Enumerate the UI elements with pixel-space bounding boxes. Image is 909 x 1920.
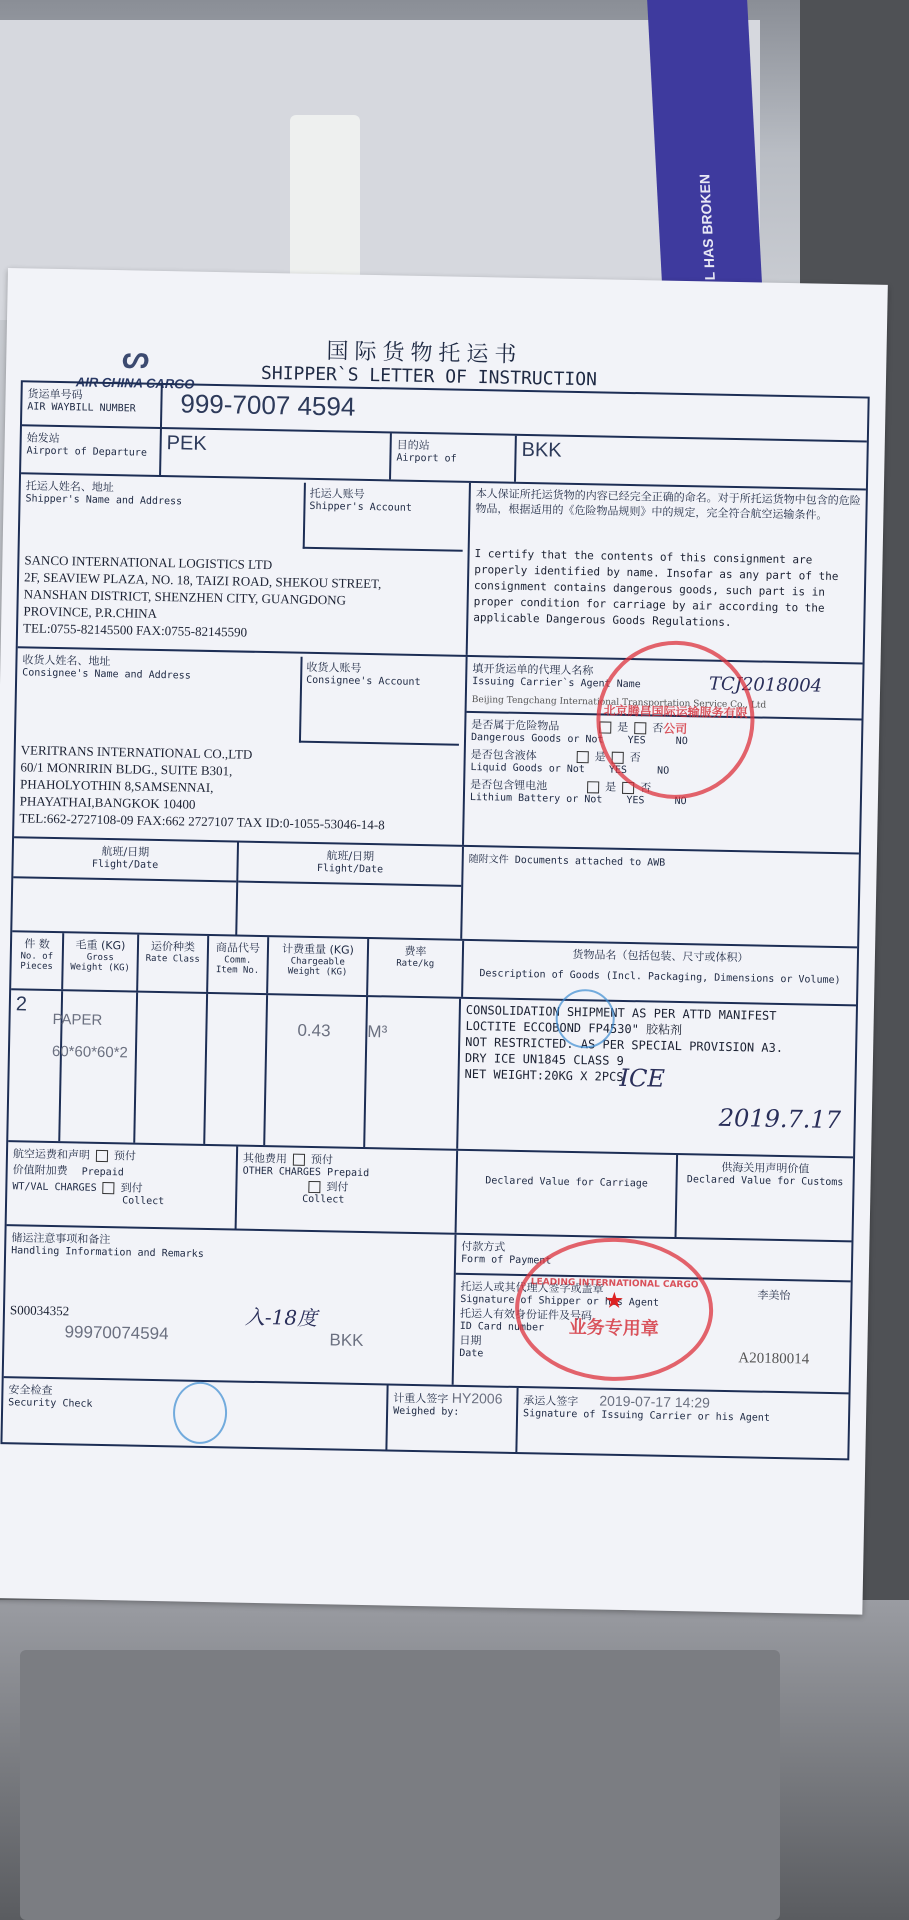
- cargo-header-cn: 毛重 (KG): [69, 936, 132, 953]
- handwritten-date: 2019.7.17: [719, 1104, 842, 1134]
- cargo-header-3: 商品代号Comm. Item No.: [208, 936, 269, 993]
- dimensions: 60*60*60*2: [52, 1043, 128, 1061]
- signer-name: 李美怡: [757, 1287, 790, 1304]
- form-grid: 货运单号码 AIR WAYBILL NUMBER 999-7007 4594 始…: [0, 380, 869, 1460]
- cargo-header-1: 毛重 (KG)Gross Weight (KG): [63, 933, 139, 990]
- certification-block: 本人保证所托运货物的内容已经完全正确的命名。对于所托运货物中包含的危险物品，根据…: [468, 483, 866, 663]
- id-card-value: A20180014: [738, 1350, 809, 1368]
- cargo-header-2: 运价种类Rate Class: [138, 935, 209, 992]
- cargo-header-cn: 商品代号: [214, 939, 262, 956]
- destination-code: BKK: [329, 1330, 363, 1351]
- cargo-header-cn: 运价种类: [144, 938, 202, 955]
- cargo-header-en: Comm. Item No.: [213, 955, 261, 976]
- wt-prepaid-checkbox[interactable]: [96, 1150, 108, 1162]
- destination-airport: BKK: [516, 436, 867, 489]
- other-collect-checkbox[interactable]: [308, 1181, 320, 1193]
- consignee-address: VERITRANS INTERNATIONAL CO.,LTD60/1 MONR…: [19, 741, 459, 834]
- phoenix-icon: ᔕ: [76, 339, 195, 376]
- reference-number: S00034352: [10, 1301, 70, 1319]
- carrier-signature: 承运人签字 2019-07-17 14:29 Signature of Issu…: [517, 1388, 848, 1458]
- declared-customs: 供海关用声明价值 Declared Value for Customs: [677, 1155, 854, 1240]
- shipper-address: SANCO INTERNATIONAL LOGISTICS LTD2F, SEA…: [23, 551, 463, 644]
- packing-type: PAPER: [52, 1011, 102, 1029]
- cargo-header-en: Gross Weight (KG): [68, 952, 131, 973]
- goods-description: CONSOLIDATION SHIPMENT AS PER ATTD MANIF…: [458, 999, 856, 1157]
- shipper-block: 托运人姓名、地址 Shipper's Name and Address 托运人账…: [18, 474, 471, 655]
- document-header: ᔕ AIR CHINA CARGO 国际货物托运书 SHIPPER`S LETT…: [6, 268, 888, 395]
- weigher-id: HY2006: [452, 1390, 503, 1407]
- flight-date-2: 航班/日期 Flight/Date: [237, 843, 462, 939]
- declared-carriage: Declared Value for Carriage: [457, 1151, 679, 1237]
- other-prepaid-checkbox[interactable]: [293, 1154, 305, 1166]
- other-charges: 其他费用预付 OTHER CHARGES Prepaid 到付 Collect: [237, 1147, 459, 1233]
- consignee-row: 收货人姓名、地址 Consignee's Name and Address 收货…: [14, 648, 862, 854]
- cargo-data-row: 2 PAPER 60*60*60*2 0.43 M³ CONSOLIDATION…: [8, 990, 856, 1158]
- awb-plain-number: 99970074594: [64, 1322, 168, 1344]
- cargo-header-5: 费率Rate/kg: [368, 939, 462, 997]
- cargo-header-en: No. of Pieces: [17, 951, 57, 972]
- consignee-block: 收货人姓名、地址 Consignee's Name and Address 收货…: [14, 648, 468, 845]
- shipper-row: 托运人姓名、地址 Shipper's Name and Address 托运人账…: [18, 474, 866, 664]
- cargo-header-0: 件 数No. of Pieces: [11, 932, 64, 989]
- goods-description-header: 货物品名（包括包装、尺寸或体积） Description of Goods (I…: [461, 941, 857, 1005]
- documents-attached: 随附文件 Documents attached to AWB: [462, 847, 859, 947]
- cargo-header-cn: 费率: [374, 942, 457, 960]
- cargo-header-cn: 计费重量 (KG): [274, 940, 362, 958]
- security-check: 安全检查 Security Check: [2, 1378, 388, 1449]
- handling-row: 储运注意事项和备注 Handling Information and Remar…: [4, 1226, 852, 1394]
- cargo-header-en: Rate/kg: [374, 958, 457, 970]
- handling-info: 储运注意事项和备注 Handling Information and Remar…: [4, 1226, 457, 1385]
- timestamp: 2019-07-17 14:29: [599, 1393, 710, 1411]
- cargo-header-cn: 件 数: [17, 935, 57, 952]
- flight-row: 航班/日期 Flight/Date 航班/日期 Flight/Date 随附文件…: [12, 838, 859, 948]
- handwritten-temperature: 入-18度: [245, 1301, 318, 1331]
- shippers-letter-document: ᔕ AIR CHINA CARGO 国际货物托运书 SHIPPER`S LETT…: [0, 268, 888, 1615]
- cargo-header-en: Chargeable Weight (KG): [273, 956, 361, 978]
- handwritten-ice: ICE: [619, 1064, 665, 1093]
- wt-val-charges: 航空运费和声明预付 价值附加费 Prepaid WT/VAL CHARGES到付…: [7, 1142, 239, 1228]
- consignee-account: 收货人账号 Consignee's Account: [299, 657, 461, 746]
- volume-value: 0.43: [297, 1021, 330, 1042]
- security-blue-stamp: [172, 1381, 227, 1444]
- title-chinese: 国际货物托运书: [326, 334, 523, 369]
- cargo-header-4: 计费重量 (KG)Chargeable Weight (KG): [268, 937, 369, 995]
- yes-checkbox[interactable]: [577, 751, 589, 763]
- weighed-by: 计重人签字 HY2006 Weighed by:: [387, 1386, 518, 1452]
- background-package: [20, 1650, 780, 1920]
- background-blue-label: L HAS BROKEN: [647, 0, 763, 300]
- yes-checkbox[interactable]: [587, 781, 599, 793]
- star-icon: ★: [604, 1289, 624, 1314]
- charges-row: 航空运费和声明预付 价值附加费 Prepaid WT/VAL CHARGES到付…: [7, 1142, 853, 1242]
- shipper-signature: 托运人或其代理人签字或盖章 Signature of Shipper or hi…: [454, 1275, 851, 1395]
- pieces-value: 2: [16, 993, 28, 1015]
- cargo-header-en: Rate Class: [144, 954, 202, 965]
- background-tape: [290, 115, 360, 295]
- flight-date-1: 航班/日期 Flight/Date: [12, 838, 239, 934]
- shipper-account: 托运人账号 Shipper's Account: [303, 483, 464, 552]
- wt-collect-checkbox[interactable]: [103, 1182, 115, 1194]
- departure-airport: PEK: [161, 429, 392, 479]
